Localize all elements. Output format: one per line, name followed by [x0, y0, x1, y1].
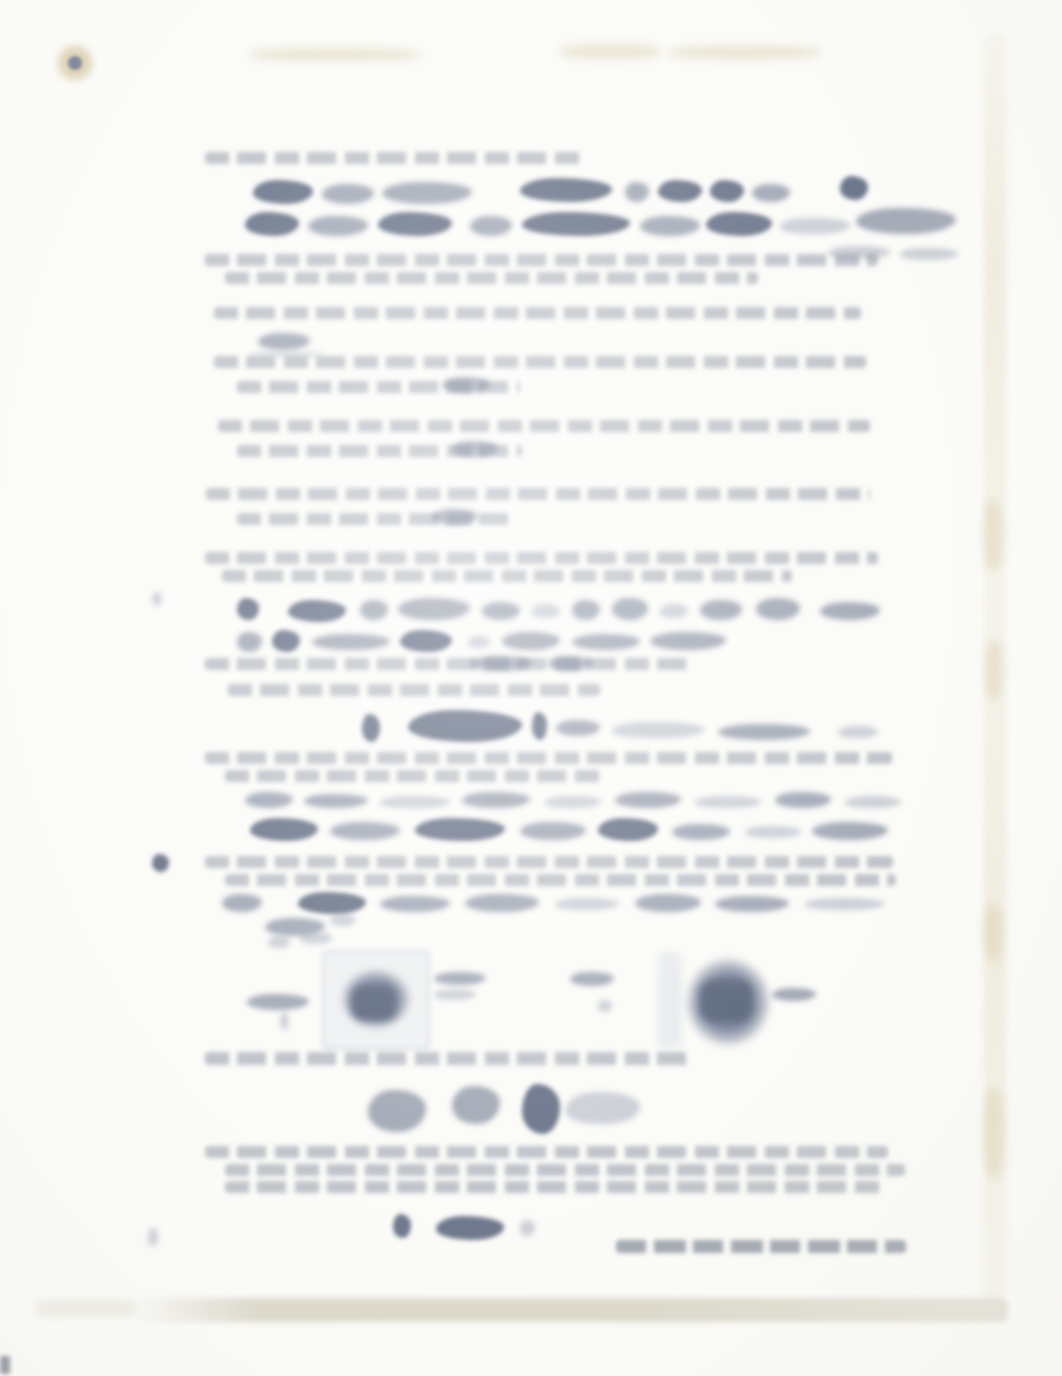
figure-a-annotation	[268, 936, 290, 948]
q2-printed-line	[205, 254, 878, 266]
figure-left-arrow	[280, 1012, 289, 1030]
q5-answer-stroke	[545, 796, 601, 808]
q5-answer-stroke	[520, 822, 586, 840]
q5-answer-stroke	[598, 818, 658, 841]
right-edge-stain	[984, 1088, 1004, 1178]
margin-mark	[148, 1228, 158, 1246]
q3-printed-line	[222, 570, 792, 582]
q8-answer-stroke	[436, 1216, 504, 1240]
q2-printed-line	[225, 272, 758, 284]
q3-answer-stroke	[612, 598, 648, 620]
q1-answer-stroke	[322, 184, 374, 204]
q8-answer-stroke	[393, 1214, 411, 1238]
item-a-answer-mark	[258, 333, 310, 350]
q1-answer-stroke	[253, 180, 313, 204]
figure-right-sidenote	[772, 988, 816, 1001]
q1-answer-stroke	[856, 208, 956, 234]
q3-answer-stroke	[482, 602, 520, 620]
item-b-handwritten-label	[330, 914, 356, 926]
q5-answer-stroke	[845, 796, 901, 808]
q4a-answer-stroke	[532, 712, 547, 740]
q5-answer-stroke	[812, 822, 888, 840]
q1-answer-stroke	[658, 180, 702, 202]
q5-answer-stroke	[615, 792, 681, 808]
q3-answer-stroke	[756, 598, 800, 620]
scanned-worksheet-page: Out-of-focus photocopy/scan of a numbere…	[0, 0, 1062, 1376]
q1-answer-stroke	[640, 216, 700, 236]
q6-answer-stroke	[222, 894, 262, 912]
q4a-answer-stroke	[556, 720, 600, 736]
q6-printed-line	[205, 856, 893, 868]
q3-answer-stroke	[398, 598, 470, 620]
q5-answer-stroke	[775, 792, 831, 808]
margin-mark	[152, 592, 162, 606]
q1-answer-stroke	[382, 182, 472, 204]
figure-left-sidenote	[434, 989, 476, 1000]
figure-middle-mark	[598, 1000, 612, 1012]
q3-answer-stroke	[272, 630, 300, 652]
item-b-printed-line	[214, 356, 866, 368]
q3-answer-stroke	[468, 636, 490, 648]
figure-right-drawing-core	[700, 980, 752, 1022]
corner-scan-mark	[0, 1356, 10, 1374]
q4-printed-line	[205, 658, 692, 670]
right-edge-stain	[984, 500, 1002, 570]
q3-answer-stroke	[400, 630, 452, 652]
q6-answer-stroke	[555, 898, 619, 910]
q3-answer-stroke	[502, 632, 560, 650]
figure-left-drawing-core	[352, 986, 396, 1020]
q5-answer-stroke	[380, 796, 450, 808]
q6-answer-stroke	[715, 896, 789, 912]
q1-answer-stroke	[308, 216, 368, 236]
q4a-printed-line	[228, 684, 600, 696]
figure-right-strip	[658, 952, 682, 1048]
bottom-page-edge	[130, 1298, 1008, 1322]
q5-answer-stroke	[415, 818, 505, 841]
item-c-printed-line	[218, 420, 870, 432]
q1-answer-stroke	[470, 216, 512, 236]
q5-answer-stroke	[672, 824, 730, 840]
figure-a-annotation	[300, 932, 332, 944]
q6-printed-line	[225, 874, 896, 886]
q3-answer-stroke	[532, 604, 560, 618]
q6-answer-stroke	[805, 898, 885, 910]
q3-answer-stroke	[820, 602, 880, 620]
q5-answer-stroke	[745, 826, 801, 838]
q1-answer-stroke	[522, 212, 630, 236]
q3-answer-stroke	[650, 632, 726, 650]
q5-answer-stroke	[304, 794, 368, 808]
top-edge-smudge	[250, 48, 420, 61]
q5-answer-stroke	[250, 818, 318, 841]
q1-answer-stroke	[625, 182, 649, 202]
right-edge-stain	[986, 640, 1002, 700]
bottom-page-edge-left	[36, 1300, 136, 1316]
q1-answer-stroke	[780, 218, 850, 234]
item-d-printed-line	[206, 488, 870, 500]
q5-answer-stroke	[695, 796, 761, 808]
item-a-printed-line	[214, 307, 861, 319]
q1-answer-stroke	[710, 180, 744, 202]
q5-answer-stroke	[245, 792, 293, 808]
figure-middle-caption	[570, 972, 614, 986]
top-edge-smudge	[668, 46, 820, 59]
figure-left-caption	[247, 994, 309, 1010]
q1-answer-stroke	[706, 212, 772, 236]
right-edge-stain	[984, 905, 1002, 960]
figure-left-sidenote	[434, 972, 486, 985]
q4a-answer-stroke	[362, 714, 380, 742]
q1-answer-stroke	[378, 212, 452, 236]
q7-equation-stroke	[522, 1084, 560, 1134]
q6-margin-annotation	[152, 854, 169, 872]
q7-equation-stroke	[566, 1092, 640, 1124]
q5-answer-stroke	[462, 792, 530, 808]
q8-printed-line	[225, 1164, 905, 1176]
q6-answer-stroke	[635, 894, 701, 912]
q4a-answer-stroke	[838, 726, 878, 738]
q1-printed-line	[205, 152, 585, 164]
q6-answer-stroke	[465, 894, 539, 912]
q5-answer-stroke	[330, 822, 400, 840]
punch-core	[68, 56, 82, 70]
q6-answer-stroke	[298, 892, 366, 914]
q3-printed-line	[205, 552, 878, 564]
q7-equation-stroke	[452, 1086, 500, 1124]
q3-answer-stroke	[572, 600, 600, 620]
q4a-answer-stroke	[408, 710, 522, 742]
q8-printed-line	[205, 1146, 888, 1158]
q5-printed-line	[225, 770, 602, 782]
q4a-answer-stroke	[718, 724, 810, 740]
q1-answer-stroke	[245, 212, 299, 236]
q1-answer-stroke	[752, 184, 790, 202]
q8-printed-line	[225, 1181, 880, 1193]
q1-answer-tail	[900, 248, 958, 260]
q3-answer-stroke	[700, 600, 742, 620]
q3-answer-stroke	[572, 634, 640, 650]
q4a-answer-stroke	[612, 722, 704, 738]
q1-answer-stroke	[520, 178, 612, 202]
q3-answer-stroke	[237, 632, 262, 652]
q8-answer-stroke	[520, 1220, 535, 1236]
q3-answer-stroke	[360, 600, 388, 620]
q5-printed-line	[205, 752, 892, 764]
q3-answer-stroke	[312, 634, 390, 650]
q7-equation-stroke	[368, 1090, 426, 1132]
q3-answer-stroke	[660, 604, 688, 618]
q3-answer-stroke	[288, 600, 346, 622]
q6-answer-stroke	[380, 896, 450, 912]
q3-answer-stroke	[237, 598, 259, 620]
top-edge-smudge	[560, 44, 660, 59]
q1-answer-stroke	[840, 176, 868, 200]
footer-printed-line	[616, 1240, 906, 1253]
q7-printed-line	[205, 1052, 692, 1065]
